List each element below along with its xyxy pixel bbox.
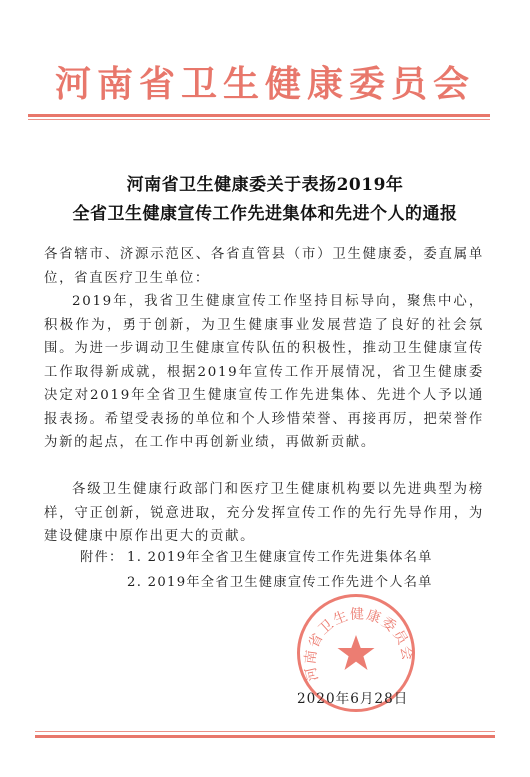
attachments-label: 附件： (80, 545, 127, 570)
document-title-line2: 全省卫生健康宣传工作先进集体和先进个人的通报 (0, 199, 530, 224)
attachment-item: 附件： 1. 2019年全省卫生健康宣传工作先进集体名单 (80, 545, 433, 570)
document-title-line1: 河南省卫生健康委关于表扬2019年 (0, 170, 530, 195)
footer-divider (35, 735, 495, 738)
star-icon (336, 633, 376, 673)
footer-divider-thin (35, 731, 495, 732)
attachment-item-1: 1. 2019年全省卫生健康宣传工作先进集体名单 (127, 545, 433, 570)
body-paragraph-2: 各级卫生健康行政部门和医疗卫生健康机构要以先进典型为榜样，守正创新，锐意进取，充… (44, 478, 484, 549)
body-paragraph-1: 2019年，我省卫生健康宣传工作坚持目标导向，聚焦中心，积极作为，勇于创新，为卫… (44, 290, 484, 455)
letterhead-divider-thin (28, 119, 490, 120)
attachments-list: 附件： 1. 2019年全省卫生健康宣传工作先进集体名单 2. 2019年全省卫… (80, 545, 433, 595)
document-date: 2020年6月28日 (297, 687, 408, 707)
attachment-item-2: 2. 2019年全省卫生健康宣传工作先进个人名单 (127, 570, 433, 595)
attachment-item: 2. 2019年全省卫生健康宣传工作先进个人名单 (80, 570, 433, 595)
letterhead-divider (28, 114, 490, 117)
letterhead-org-name: 河南省卫生健康委员会 (0, 62, 530, 106)
addressee: 各省辖市、济源示范区、各省直管县（市）卫生健康委，委直属单位，省直医疗卫生单位： (44, 243, 484, 290)
